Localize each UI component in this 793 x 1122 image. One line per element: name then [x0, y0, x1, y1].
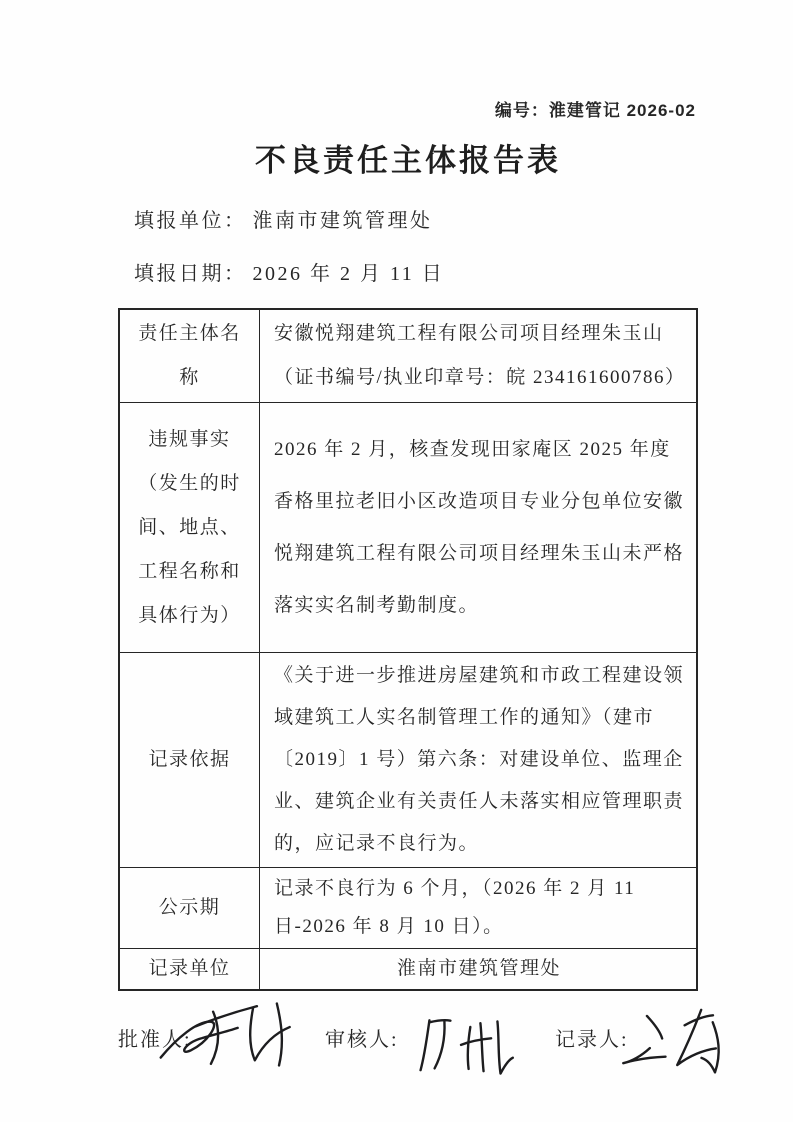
recorder-label: 记录人: [555, 1023, 629, 1052]
document-page: 编号：淮建管记 2026-02 不良责任主体报告表 填报单位：淮南市建筑管理处 … [0, 0, 793, 1122]
table-row-basis: 记录依据 《关于进一步推进房屋建筑和市政工程建设领域建筑工人实名制管理工作的通知… [119, 653, 697, 868]
recorder-signature-icon [615, 1001, 738, 1085]
fill-unit-label: 填报单位： [134, 210, 247, 232]
page-title: 不良责任主体报告表 [118, 135, 698, 180]
report-table: 责任主体名称 安徽悦翔建筑工程有限公司项目经理朱玉山 （证书编号/执业印章号：皖… [118, 308, 698, 991]
row-value-subject: 安徽悦翔建筑工程有限公司项目经理朱玉山 （证书编号/执业印章号：皖 234161… [260, 309, 698, 403]
row-value-publicity: 记录不良行为 6 个月，（2026 年 2 月 11 日-2026 年 8 月 … [260, 868, 698, 949]
table-row-recorder: 记录单位 淮南市建筑管理处 [119, 949, 697, 991]
row-label-recorder: 记录单位 [119, 949, 260, 991]
row-label-basis: 记录依据 [119, 653, 260, 868]
doc-number-value: 淮建管记 2026-02 [549, 101, 696, 120]
table-row-violation: 违规事实（发生的时间、地点、工程名称和具体行为） 2026 年 2 月，核查发现… [119, 403, 697, 653]
row-value-basis: 《关于进一步推进房屋建筑和市政工程建设领域建筑工人实名制管理工作的通知》（建市〔… [260, 653, 698, 868]
reviewer-label: 审核人: [325, 1023, 399, 1052]
table-row-publicity: 公示期 记录不良行为 6 个月，（2026 年 2 月 11 日-2026 年 … [119, 868, 697, 949]
fill-unit-value: 淮南市建筑管理处 [253, 210, 433, 232]
fill-date-label: 填报日期： [134, 263, 247, 285]
row-label-violation: 违规事实（发生的时间、地点、工程名称和具体行为） [119, 403, 260, 653]
reviewer-signature-icon [412, 1010, 528, 1082]
fill-date-line: 填报日期：2026 年 2 月 11 日 [118, 257, 698, 286]
document-content: 编号：淮建管记 2026-02 不良责任主体报告表 填报单位：淮南市建筑管理处 … [118, 0, 698, 1121]
fill-date-value: 2026 年 2 月 11 日 [253, 263, 445, 285]
row-label-publicity: 公示期 [119, 868, 260, 949]
row-value-violation: 2026 年 2 月，核查发现田家庵区 2025 年度香格里拉老旧小区改造项目专… [260, 403, 698, 653]
doc-number: 编号：淮建管记 2026-02 [118, 96, 698, 121]
row-label-subject: 责任主体名称 [119, 309, 260, 403]
approver-label: 批准人: [118, 1023, 192, 1052]
row-value-recorder: 淮南市建筑管理处 [260, 949, 698, 991]
doc-number-label: 编号： [495, 101, 549, 120]
fill-unit-line: 填报单位：淮南市建筑管理处 [118, 204, 698, 233]
signature-section: 批准人: 审核人: 记录人: [118, 1011, 698, 1121]
table-row-subject: 责任主体名称 安徽悦翔建筑工程有限公司项目经理朱玉山 （证书编号/执业印章号：皖… [119, 309, 697, 403]
